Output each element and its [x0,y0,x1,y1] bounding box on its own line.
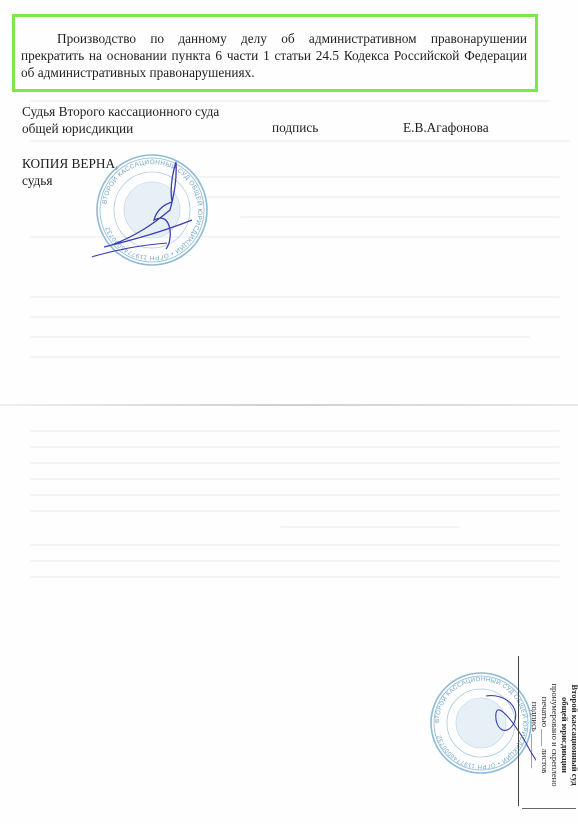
certificate-line3: пронумеровано и скреплено [550,660,560,810]
certificate-line1: Второй кассационный суд [570,660,578,810]
judge-title: Судья Второго кассационного суда общей ю… [22,103,219,137]
document-page: Производство по данному делу об админист… [0,0,578,824]
seal-icon: ВТОРОЙ КАССАЦИОННЫЙ СУД ОБЩЕЙ ЮРИСДИКЦИИ… [92,150,212,270]
judge-title-line1: Судья Второго кассационного суда [22,103,219,120]
certificate-text: Второй кассационный суд общей юрисдикции… [530,660,578,810]
certificate-line4: печатью ____ листов [540,660,550,810]
certificate-line2: общей юрисдикции [560,660,570,810]
judge-name: Е.В.Агафонова [403,120,489,136]
judge-title-line2: общей юрисдикции [22,120,219,137]
certificate-border [518,656,519,806]
certificate-line5: подпись ________ [530,660,540,810]
ruling-text: Производство по данному делу об админист… [21,31,527,80]
paper-fold-line [0,404,578,406]
binding-certificate: Второй кассационный суд общей юрисдикции… [518,656,576,814]
sign-label: подпись [272,120,318,136]
court-seal-top: ВТОРОЙ КАССАЦИОННЫЙ СУД ОБЩЕЙ ЮРИСДИКЦИИ… [92,150,212,270]
ruling-paragraph: Производство по данному делу об админист… [21,30,527,81]
